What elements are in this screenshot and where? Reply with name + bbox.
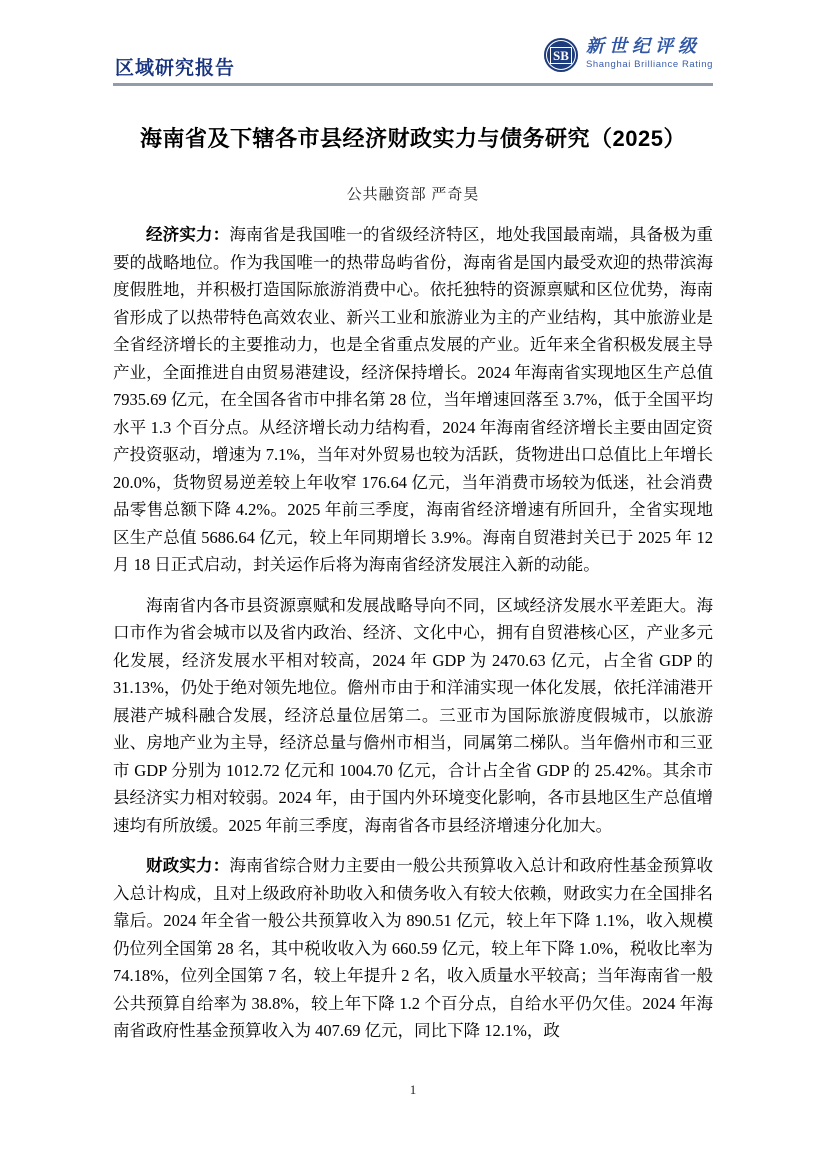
paragraph-lead: 经济实力：: [146, 225, 229, 244]
paragraph-fiscal-strength: 财政实力：海南省综合财力主要由一般公共预算收入总计和政府性基金预算收入总计构成，…: [113, 852, 713, 1045]
document-body: 经济实力：海南省是我国唯一的省级经济特区，地处我国最南端，具备极为重要的战略地位…: [113, 221, 713, 1058]
brand-name-chinese: 新世纪评级: [586, 36, 713, 58]
paragraph-text: 海南省综合财力主要由一般公共预算收入总计和政府性基金预算收入总计构成，且对上级政…: [113, 856, 713, 1040]
report-page: 区域研究报告 SB 新世纪评级 Shanghai Brilliance Rati…: [0, 0, 826, 1169]
brand-seal-icon: SB: [544, 38, 578, 72]
paragraph-economic-strength: 经济实力：海南省是我国唯一的省级经济特区，地处我国最南端，具备极为重要的战略地位…: [113, 221, 713, 579]
page-number: 1: [0, 1082, 826, 1098]
page-header: 区域研究报告 SB 新世纪评级 Shanghai Brilliance Rati…: [113, 36, 713, 86]
brand-logo: SB 新世纪评级 Shanghai Brilliance Rating: [544, 36, 713, 72]
document-byline: 公共融资部 严奇昊: [0, 183, 826, 204]
paragraph-lead: 财政实力：: [146, 856, 229, 875]
paragraph-regional-differences: 海南省内各市县资源禀赋和发展战略导向不同，区域经济发展水平差距大。海口市作为省会…: [113, 592, 713, 840]
brand-seal-text: SB: [550, 47, 572, 64]
brand-text-block: 新世纪评级 Shanghai Brilliance Rating: [586, 36, 713, 71]
paragraph-text: 海南省内各市县资源禀赋和发展战略导向不同，区域经济发展水平差距大。海口市作为省会…: [113, 596, 713, 835]
document-title: 海南省及下辖各市县经济财政实力与债务研究（2025）: [0, 122, 826, 153]
report-type-label: 区域研究报告: [115, 53, 235, 80]
paragraph-text: 海南省是我国唯一的省级经济特区，地处我国最南端，具备极为重要的战略地位。作为我国…: [113, 225, 713, 574]
brand-name-english: Shanghai Brilliance Rating: [586, 58, 713, 71]
